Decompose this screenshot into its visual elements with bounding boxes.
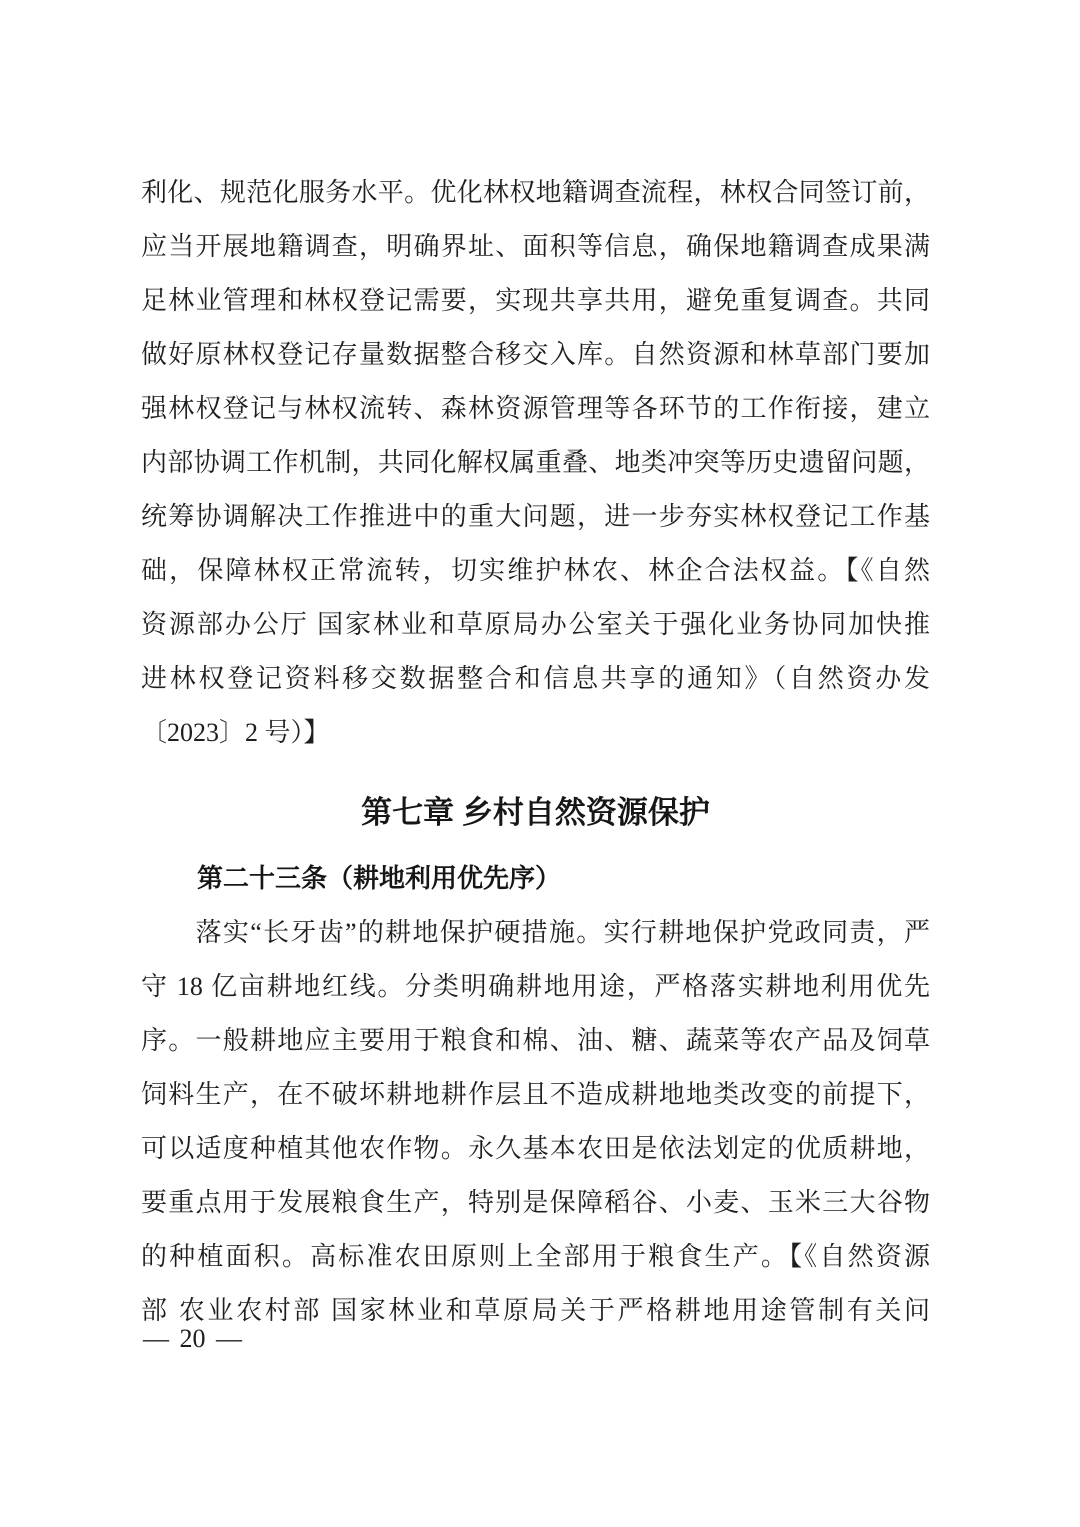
text-line: 内部协调工作机制，共同化解权属重叠、地类冲突等历史遗留问题， [141, 436, 930, 490]
citation-text-line: 部 农业农村部 国家林业和草原局关于严格耕地用途管制有关问 [141, 1284, 930, 1338]
paragraph-forest-rights: 利化、规范化服务水平。优化林权地籍调查流程，林权合同签订前， 应当开展地籍调查，… [141, 166, 930, 760]
text-line: 可以适度种植其他农作物。永久基本农田是依法划定的优质耕地， [141, 1122, 930, 1176]
citation-text-line: 进林权登记资料移交数据整合和信息共享的通知》（自然资办发 [141, 652, 930, 706]
citation-text-line: 资源部办公厅 国家林业和草原局办公室关于强化业务协同加快推 [141, 598, 930, 652]
text-line: 饲料生产，在不破坏耕地耕作层且不造成耕地地类改变的前提下， [141, 1068, 930, 1122]
text-line: 利化、规范化服务水平。优化林权地籍调查流程，林权合同签订前， [141, 166, 930, 220]
chapter-heading: 第七章 乡村自然资源保护 [141, 786, 930, 840]
text-line: 的种植面积。高标准农田原则上全部用于粮食生产。【《自然资源 [141, 1230, 930, 1284]
text-line: 守 18 亿亩耕地红线。分类明确耕地用途，严格落实耕地利用优先 [141, 960, 930, 1014]
text-line: 统筹协调解决工作推进中的重大问题，进一步夯实林权登记工作基 [141, 490, 930, 544]
citation-text-line: 〔2023〕2 号）】 [141, 706, 930, 760]
text-line: 序。一般耕地应主要用于粮食和棉、油、糖、蔬菜等农产品及饲草 [141, 1014, 930, 1068]
text-line: 做好原林权登记存量数据整合移交入库。自然资源和林草部门要加 [141, 328, 930, 382]
text-line: 落实“长牙齿”的耕地保护硬措施。实行耕地保护党政同责，严 [141, 906, 930, 960]
text-line: 足林业管理和林权登记需要，实现共享共用，避免重复调查。共同 [141, 274, 930, 328]
document-page: 利化、规范化服务水平。优化林权地籍调查流程，林权合同签订前， 应当开展地籍调查，… [0, 0, 1080, 1527]
text-line: 应当开展地籍调查，明确界址、面积等信息，确保地籍调查成果满 [141, 220, 930, 274]
section-heading: 第二十三条（耕地利用优先序） [141, 852, 930, 906]
paragraph-farmland-priority: 落实“长牙齿”的耕地保护硬措施。实行耕地保护党政同责，严 守 18 亿亩耕地红线… [141, 906, 930, 1338]
page-number: — 20 — [143, 1324, 242, 1354]
text-line: 础，保障林权正常流转，切实维护林农、林企合法权益。【《自然 [141, 544, 930, 598]
text-line: 强林权登记与林权流转、森林资源管理等各环节的工作衔接，建立 [141, 382, 930, 436]
text-line: 要重点用于发展粮食生产，特别是保障稻谷、小麦、玉米三大谷物 [141, 1176, 930, 1230]
